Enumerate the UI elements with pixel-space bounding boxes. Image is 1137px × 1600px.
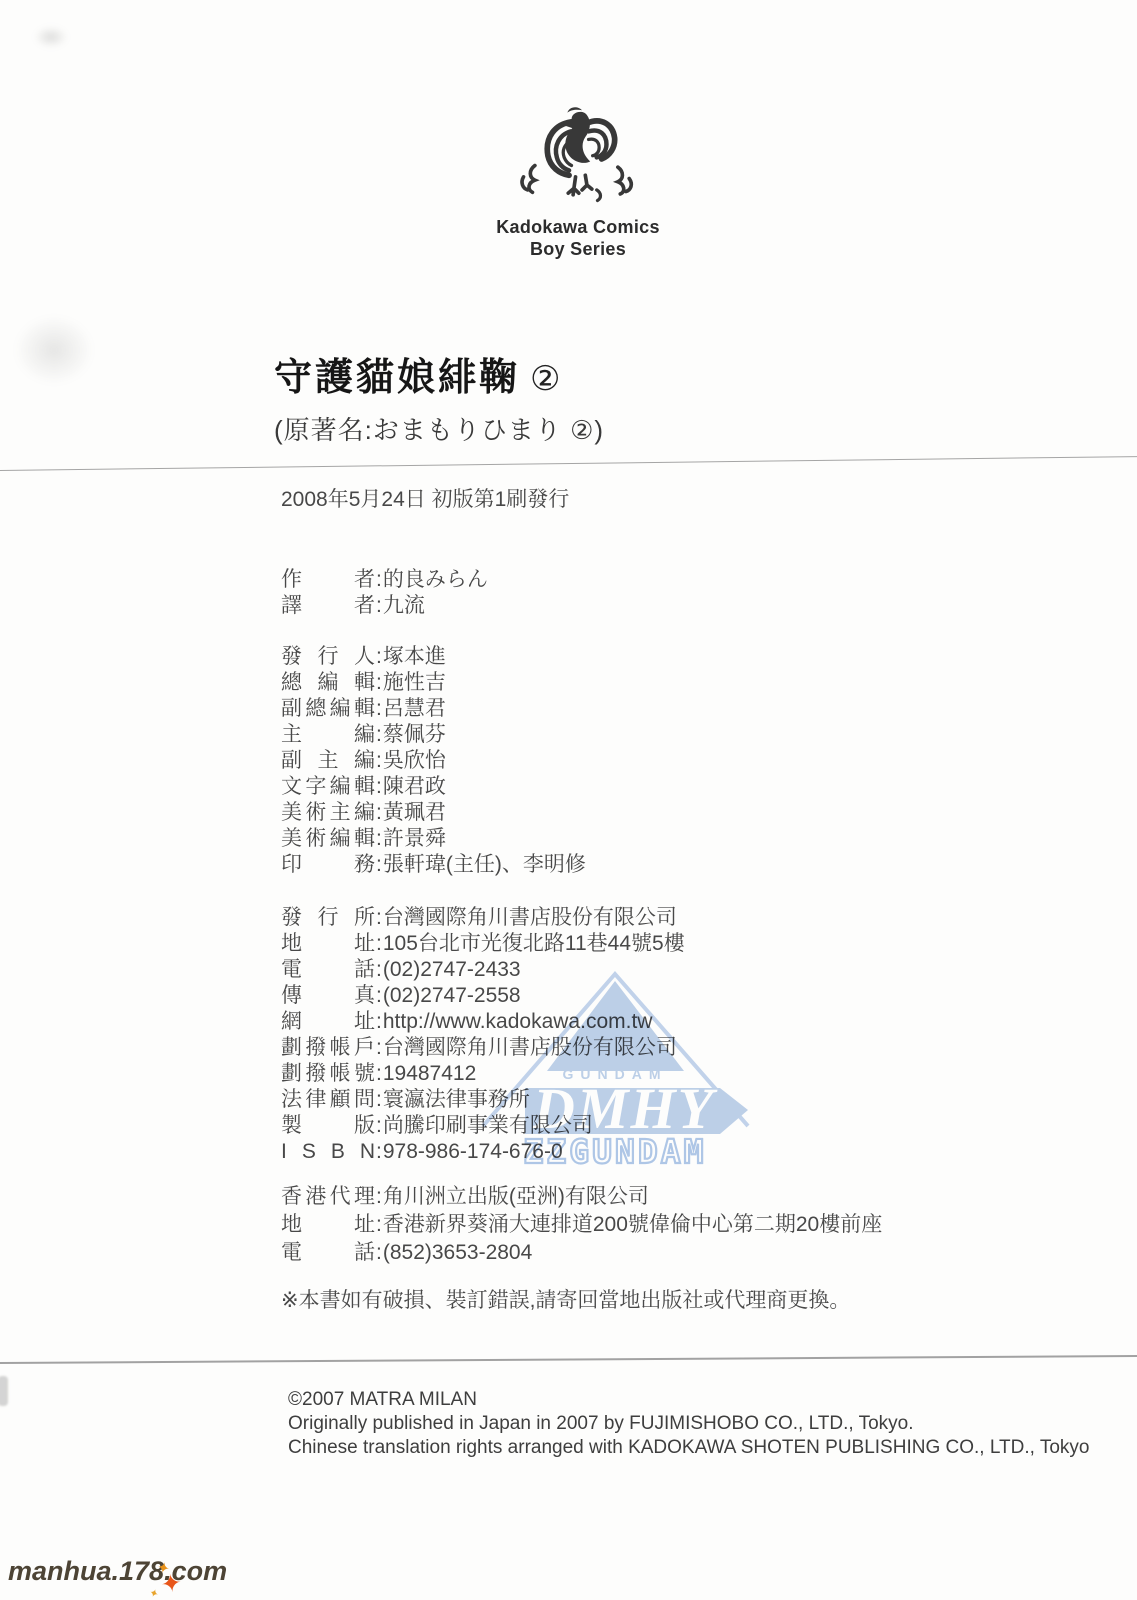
row-colon: : <box>375 722 383 748</box>
row-colon: : <box>375 957 383 983</box>
row-label: 網址 <box>281 1009 375 1035</box>
row-value: 寰瀛法律事務所 <box>383 1087 530 1113</box>
row-value: 尚騰印刷事業有限公司 <box>383 1113 593 1139</box>
row-value: (02)2747-2558 <box>383 983 521 1009</box>
row-value: 黃珮君 <box>383 800 446 826</box>
colophon-page: Kadokawa Comics Boy Series 守護貓娘緋鞠② (原著名:… <box>0 0 1137 1600</box>
damage-notice: ※本書如有破損、裝訂錯誤,請寄回當地出版社或代理商更換。 <box>281 1284 882 1314</box>
publisher-logo-block: Kadokawa Comics Boy Series <box>458 102 698 260</box>
scan-smudge <box>34 26 68 48</box>
colophon-row: 電話:(02)2747-2433 <box>281 957 882 983</box>
row-value: 呂慧君 <box>383 696 446 722</box>
row-colon: : <box>375 774 383 800</box>
site-watermark: manhua.178.com <box>8 1556 227 1587</box>
row-label: 主編 <box>281 722 375 748</box>
row-value: 角川洲立出版(亞洲)有限公司 <box>383 1183 649 1211</box>
row-colon: : <box>375 826 383 852</box>
scan-smudge <box>0 1376 8 1406</box>
row-label: 傳真 <box>281 983 375 1009</box>
row-label: 副總編輯 <box>281 696 375 722</box>
copyright-line3: Chinese translation rights arranged with… <box>288 1436 1089 1460</box>
row-label: 美術編輯 <box>281 826 375 852</box>
colophon-row: 發行人:塚本進 <box>281 644 882 670</box>
row-colon: : <box>375 1113 383 1139</box>
colophon-row: 作者:的良みらん <box>281 567 882 593</box>
edition-line: 2008年5月24日 初版第1刷發行 <box>281 487 882 513</box>
staff-group: 發行人:塚本進 總編輯:施性吉 副總編輯:呂慧君 主編:蔡佩芬 副主編:吳欣怡 … <box>281 644 882 878</box>
colophon-row: 譯者:九流 <box>281 593 882 619</box>
hongkong-group: 香港代理:角川洲立出版(亞洲)有限公司 地址:香港新界葵涌大連排道200號偉倫中… <box>281 1183 882 1267</box>
logo-series-line1: Kadokawa Comics <box>458 216 698 238</box>
colophon-row: 香港代理:角川洲立出版(亞洲)有限公司 <box>281 1183 882 1211</box>
row-colon: : <box>375 1061 383 1087</box>
row-label: 劃撥帳戶 <box>281 1035 375 1061</box>
row-value: (02)2747-2433 <box>383 957 521 983</box>
row-colon: : <box>375 852 383 878</box>
row-colon: : <box>375 670 383 696</box>
original-title: (原著名:おまもりひまり ②) <box>274 410 604 447</box>
star-icon: ✦ <box>147 1588 159 1600</box>
row-colon: : <box>375 1009 383 1035</box>
colophon-row: 發行所:台灣國際角川書店股份有限公司 <box>281 905 882 931</box>
logo-series-line2: Boy Series <box>458 238 698 260</box>
row-value: (852)3653-2804 <box>383 1239 532 1267</box>
row-label: I S B N <box>281 1139 375 1165</box>
copyright-line2: Originally published in Japan in 2007 by… <box>288 1412 1089 1436</box>
row-label: 製版 <box>281 1113 375 1139</box>
colophon-row: 副總編輯:呂慧君 <box>281 696 882 722</box>
star-icon: ✦ <box>159 1571 183 1599</box>
row-value: 張軒瑋(主任)、李明修 <box>383 852 586 878</box>
colophon-row: 美術主編:黃珮君 <box>281 800 882 826</box>
colophon-row: I S B N:978-986-174-676-0 <box>281 1139 882 1165</box>
row-colon: : <box>375 1035 383 1061</box>
publisher-group: 發行所:台灣國際角川書店股份有限公司 地址:105台北市光復北路11巷44號5樓… <box>281 905 882 1165</box>
row-value: 香港新界葵涌大連排道200號偉倫中心第二期20樓前座 <box>383 1211 882 1239</box>
volume-number: ② <box>530 360 560 398</box>
row-label: 發行人 <box>281 644 375 670</box>
colophon-row: 劃撥帳戶:台灣國際角川書店股份有限公司 <box>281 1035 882 1061</box>
row-label: 地址 <box>281 931 375 957</box>
row-label: 地址 <box>281 1211 375 1239</box>
row-colon: : <box>375 1183 383 1211</box>
row-value: 的良みらん <box>383 567 488 593</box>
scan-smudge <box>14 315 94 385</box>
row-colon: : <box>375 931 383 957</box>
row-colon: : <box>375 800 383 826</box>
row-label: 總編輯 <box>281 670 375 696</box>
row-value: 蔡佩芬 <box>383 722 446 748</box>
row-value: 陳君政 <box>383 774 446 800</box>
row-colon: : <box>375 1239 383 1267</box>
colophon-row: 印務:張軒瑋(主任)、李明修 <box>281 852 882 878</box>
phoenix-icon <box>458 102 698 216</box>
colophon-row: 總編輯:施性吉 <box>281 670 882 696</box>
row-label: 作者 <box>281 567 375 593</box>
colophon-row: 美術編輯:許景舜 <box>281 826 882 852</box>
row-label: 發行所 <box>281 905 375 931</box>
colophon-row: 法律顧問:寰瀛法律事務所 <box>281 1087 882 1113</box>
horizontal-rule-top <box>0 456 1137 471</box>
colophon-row: 劃撥帳號:19487412 <box>281 1061 882 1087</box>
colophon-row: 副主編:吳欣怡 <box>281 748 882 774</box>
row-value: 許景舜 <box>383 826 446 852</box>
row-label: 電話 <box>281 957 375 983</box>
row-label: 美術主編 <box>281 800 375 826</box>
row-label: 法律顧問 <box>281 1087 375 1113</box>
row-colon: : <box>375 983 383 1009</box>
copyright-block: ©2007 MATRA MILAN Originally published i… <box>288 1388 1089 1460</box>
row-value: 吳欣怡 <box>383 748 446 774</box>
colophon-row: 網址:http://www.kadokawa.com.tw <box>281 1009 882 1035</box>
row-value: 施性吉 <box>383 670 446 696</box>
row-value: 19487412 <box>383 1061 476 1087</box>
row-colon: : <box>375 905 383 931</box>
colophon-row: 地址:香港新界葵涌大連排道200號偉倫中心第二期20樓前座 <box>281 1211 882 1239</box>
copyright-line1: ©2007 MATRA MILAN <box>288 1388 1089 1412</box>
colophon-row: 電話:(852)3653-2804 <box>281 1239 882 1267</box>
colophon-row: 地址:105台北市光復北路11巷44號5樓 <box>281 931 882 957</box>
row-colon: : <box>375 1139 383 1165</box>
row-colon: : <box>375 696 383 722</box>
row-colon: : <box>375 1087 383 1113</box>
row-colon: : <box>375 1211 383 1239</box>
row-label: 副主編 <box>281 748 375 774</box>
row-label: 文字編輯 <box>281 774 375 800</box>
row-value: 九流 <box>383 593 425 619</box>
row-colon: : <box>375 567 383 593</box>
row-label: 劃撥帳號 <box>281 1061 375 1087</box>
credits-group: 作者:的良みらん 譯者:九流 <box>281 567 882 619</box>
row-label: 譯者 <box>281 593 375 619</box>
row-colon: : <box>375 593 383 619</box>
book-title-text: 守護貓娘緋鞠 <box>274 357 520 399</box>
row-value: http://www.kadokawa.com.tw <box>383 1009 653 1035</box>
row-value: 978-986-174-676-0 <box>383 1139 563 1165</box>
row-colon: : <box>375 644 383 670</box>
row-label: 印務 <box>281 852 375 878</box>
row-value: 塚本進 <box>383 644 446 670</box>
colophon-row: 文字編輯:陳君政 <box>281 774 882 800</box>
row-value: 105台北市光復北路11巷44號5樓 <box>383 931 685 957</box>
row-value: 台灣國際角川書店股份有限公司 <box>383 1035 677 1061</box>
colophon-row: 傳真:(02)2747-2558 <box>281 983 882 1009</box>
colophon-row: 製版:尚騰印刷事業有限公司 <box>281 1113 882 1139</box>
book-title: 守護貓娘緋鞠② <box>274 346 604 401</box>
row-value: 台灣國際角川書店股份有限公司 <box>383 905 677 931</box>
colophon-row: 主編:蔡佩芬 <box>281 722 882 748</box>
row-colon: : <box>375 748 383 774</box>
horizontal-rule-bottom <box>0 1355 1137 1364</box>
colophon-info: 2008年5月24日 初版第1刷發行 作者:的良みらん 譯者:九流 發行人:塚本… <box>281 487 882 1314</box>
row-label: 電話 <box>281 1239 375 1267</box>
row-label: 香港代理 <box>281 1183 375 1211</box>
book-title-block: 守護貓娘緋鞠② (原著名:おまもりひまり ②) <box>274 346 604 447</box>
